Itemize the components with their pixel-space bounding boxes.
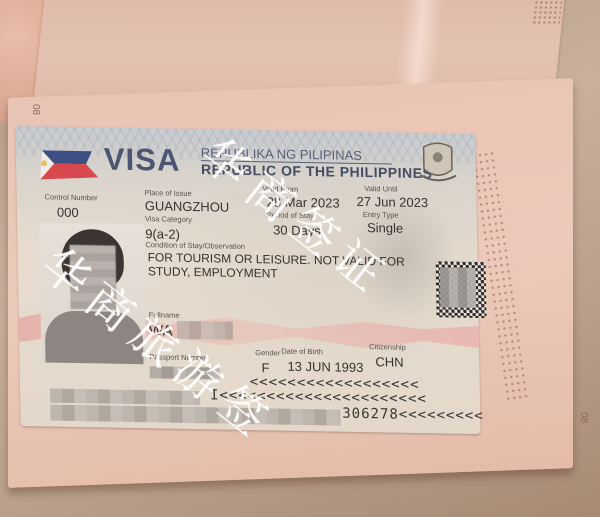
security-stripe — [395, 0, 444, 85]
citizenship-label: Citizenship — [369, 342, 406, 352]
dob-value: 13 JUN 1993 — [287, 359, 363, 375]
valid-until-label: Valid Until — [364, 184, 397, 194]
philippine-flag-icon — [34, 146, 101, 181]
page-number-right: 08 — [578, 412, 589, 423]
visa-title: VISA — [104, 141, 181, 178]
perforation-top — [532, 0, 564, 25]
passport-photo-scene: 08 08 VISA REPUBLIKA NG PILIPINAS REPUBL… — [0, 0, 600, 517]
entry-type-label: Entry Type — [363, 210, 399, 220]
qr-redacted — [440, 267, 477, 308]
control-number-label: Control Number — [45, 192, 98, 202]
qr-code — [436, 261, 487, 318]
conditions-label: Condition of Stay/Observation — [145, 240, 245, 251]
place-of-issue-value: GUANGZHOU — [145, 198, 230, 214]
visa-category-label: Visa Category — [145, 214, 192, 224]
mrz-redacted-3 — [51, 425, 151, 427]
gender-label: Gender — [255, 348, 280, 357]
coat-of-arms-icon — [415, 141, 460, 188]
mrz-line-2: 306278<<<<<<<<< — [342, 406, 484, 424]
citizenship-value: CHN — [375, 354, 403, 369]
control-number-value: 000 — [57, 205, 79, 220]
gender-value: F — [261, 360, 269, 375]
valid-until-value: 27 Jun 2023 — [356, 194, 428, 210]
dob-label: Date of Birth — [281, 347, 323, 357]
page-number-left: 08 — [30, 104, 41, 115]
place-of-issue-label: Place of Issue — [144, 188, 191, 198]
